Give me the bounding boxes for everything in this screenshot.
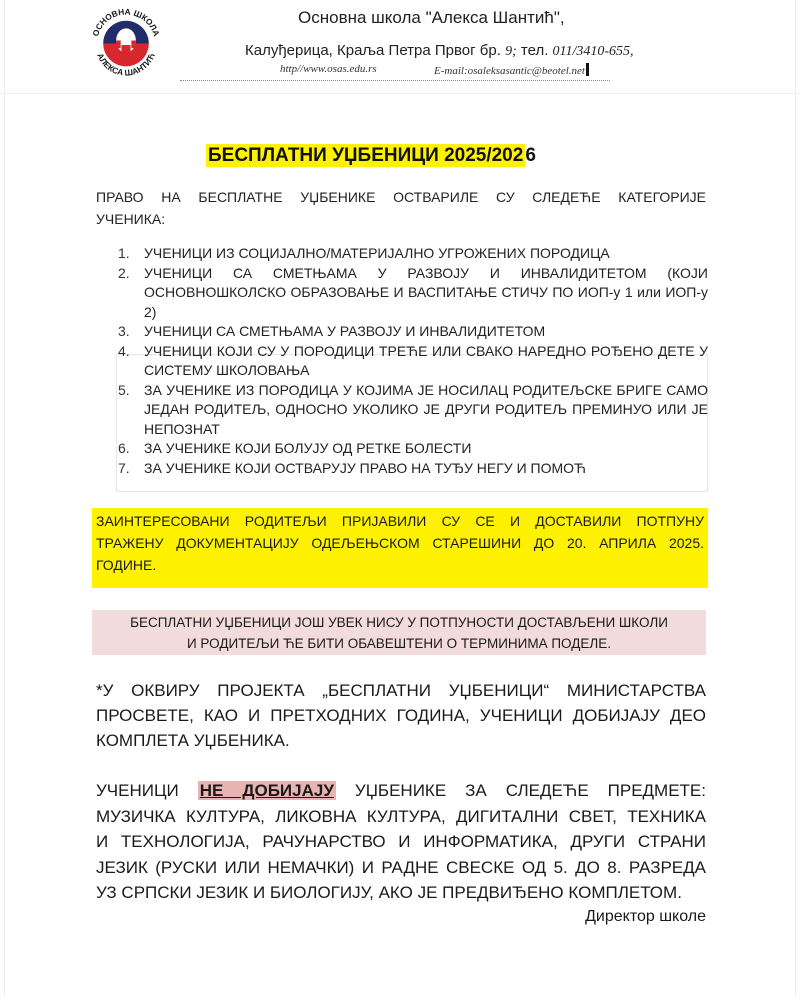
item-text: УЧЕНИЦИ ИЗ СОЦИЈАЛНО/МАТЕРИЈАЛНО УГРОЖЕН… [144, 244, 708, 264]
title-tail: 6 [525, 145, 536, 166]
website-link[interactable]: http//www.osas.edu.rs [280, 63, 377, 75]
text-cursor [586, 63, 589, 76]
list-item: 1.УЧЕНИЦИ ИЗ СОЦИЈАЛНО/МАТЕРИЈАЛНО УГРОЖ… [118, 244, 708, 264]
item-number: 2. [118, 264, 144, 323]
emphasis-not-receive: НЕ ДОБИЈАЈУ [198, 781, 336, 800]
header-divider [180, 80, 610, 81]
notice-line: ЗАИНТЕРЕСОВАНИ РОДИТЕЉИ ПРИЈАВИЛИ СУ СЕ … [96, 510, 704, 532]
notice-line: И РОДИТЕЉИ ЋЕ БИТИ ОБАВЕШТЕНИ О ТЕРМИНИМ… [98, 633, 700, 654]
item-text: УЧЕНИЦИ СА СМЕТЊАМА У РАЗВОЈУ И ИНВАЛИДИ… [144, 264, 708, 323]
notice-line: ТРАЖЕНУ ДОКУМЕНТАЦИЈУ ОДЕЉЕЊСКОМ СТАРЕШИ… [96, 532, 704, 554]
phone-label: тел. [521, 42, 548, 59]
signature: Директор школе [585, 908, 706, 926]
paragraph-line: И ТЕХНОЛОГИЈА, РАЧУНАРСТВО И ИНФОРМАТИКА… [96, 829, 706, 855]
list-item: 7.ЗА УЧЕНИКЕ КОЈИ ОСТВАРУЈУ ПРАВО НА ТУЂ… [118, 459, 708, 479]
school-address: Калуђерица, Краља Петра Првог бр. 9; тел… [245, 42, 634, 60]
item-text: УЧЕНИЦИ СА СМЕТЊАМА У РАЗВОЈУ И ИНВАЛИДИ… [144, 322, 708, 342]
item-text: ЗА УЧЕНИКЕ КОЈИ БОЛУЈУ ОД РЕТКЕ БОЛЕСТИ [144, 439, 708, 459]
list-item: 5.ЗА УЧЕНИКЕ ИЗ ПОРОДИЦА У КОЈИМА ЈЕ НОС… [118, 381, 708, 440]
list-item: 3.УЧЕНИЦИ СА СМЕТЊАМА У РАЗВОЈУ И ИНВАЛИ… [118, 322, 708, 342]
item-number: 7. [118, 459, 144, 479]
item-number: 3. [118, 322, 144, 342]
item-number: 4. [118, 342, 144, 381]
paragraph-line: УЧЕНИЦИ НЕ ДОБИЈАЈУ УЏБЕНИКЕ ЗА СЛЕДЕЋЕ … [96, 778, 706, 804]
delivery-status-notice: БЕСПЛАТНИ УЏБЕНИЦИ ЈОШ УВЕК НИСУ У ПОТПУ… [92, 610, 706, 655]
item-text: ЗА УЧЕНИКЕ КОЈИ ОСТВАРУЈУ ПРАВО НА ТУЂУ … [144, 459, 708, 479]
paragraph-line: УЗ СРПСКИ ЈЕЗИК И БИОЛОГИЈУ, АКО ЈЕ ПРЕД… [96, 880, 706, 906]
item-text: УЧЕНИЦИ КОЈИ СУ У ПОРОДИЦИ ТРЕЋЕ ИЛИ СВА… [144, 342, 708, 381]
item-number: 6. [118, 439, 144, 459]
intro-paragraph: ПРАВО НА БЕСПЛАТНЕ УЏБЕНИКЕ ОСТВАРИЛЕ СУ… [96, 186, 706, 230]
letterhead: ОСНОВНА ШКОЛА АЛЕКСА ШАНТИЋ Основна школ… [0, 0, 800, 94]
document-title: БЕСПЛАТНИ УЏБЕНИЦИ 2025/2026 [206, 145, 536, 167]
intro-line: УЧЕНИКА: [96, 208, 706, 230]
email-text[interactable]: E-mail:osaleksasantic@beotel.net [434, 65, 585, 77]
school-logo-icon: ОСНОВНА ШКОЛА АЛЕКСА ШАНТИЋ [88, 4, 164, 80]
lead-word: УЧЕНИЦИ [96, 781, 179, 800]
paragraph-line: МУЗИЧКА КУЛТУРА, ЛИКОВНА КУЛТУРА, ДИГИТА… [96, 804, 706, 830]
notice-line: БЕСПЛАТНИ УЏБЕНИЦИ ЈОШ УВЕК НИСУ У ПОТПУ… [98, 612, 700, 633]
address-number: 9; [505, 44, 517, 59]
paragraph-line: ПРОСВЕТЕ, КАО И ПРЕТХОДНИХ ГОДИНА, УЧЕНИ… [96, 703, 706, 728]
email-address[interactable]: E-mail:osaleksasantic@beotel.net [434, 63, 589, 77]
notice-line: ГОДИНЕ. [96, 554, 704, 576]
lead-rest: УЏБЕНИКЕ ЗА СЛЕДЕЋЕ ПРЕДМЕТЕ: [355, 781, 706, 800]
title-highlighted: БЕСПЛАТНИ УЏБЕНИЦИ 2025/202 [206, 144, 525, 167]
item-number: 5. [118, 381, 144, 440]
address-street: Калуђерица, Краља Петра Првог бр. [245, 42, 501, 59]
list-item: 2.УЧЕНИЦИ СА СМЕТЊАМА У РАЗВОЈУ И ИНВАЛИ… [118, 264, 708, 323]
excluded-subjects-paragraph: УЧЕНИЦИ НЕ ДОБИЈАЈУ УЏБЕНИКЕ ЗА СЛЕДЕЋЕ … [96, 778, 706, 906]
list-item: 6.ЗА УЧЕНИКЕ КОЈИ БОЛУЈУ ОД РЕТКЕ БОЛЕСТ… [118, 439, 708, 459]
categories-list: 1.УЧЕНИЦИ ИЗ СОЦИЈАЛНО/МАТЕРИЈАЛНО УГРОЖ… [118, 244, 708, 478]
item-number: 1. [118, 244, 144, 264]
paragraph-line: ЈЕЗИК (РУСКИ ИЛИ НЕМАЧКИ) И РАДНЕ СВЕСКЕ… [96, 855, 706, 881]
project-paragraph: *У ОКВИРУ ПРОЈЕКТА „БЕСПЛАТНИ УЏБЕНИЦИ“ … [96, 678, 706, 753]
application-deadline-notice: ЗАИНТЕРЕСОВАНИ РОДИТЕЉИ ПРИЈАВИЛИ СУ СЕ … [92, 508, 708, 588]
school-name: Основна школа "Алекса Шантић", [298, 8, 565, 28]
phone-number: 011/3410-655, [553, 44, 634, 59]
paragraph-line: КОМПЛЕТА УЏБЕНИКА. [96, 728, 706, 753]
item-text: ЗА УЧЕНИКЕ ИЗ ПОРОДИЦА У КОЈИМА ЈЕ НОСИЛ… [144, 381, 708, 440]
list-item: 4.УЧЕНИЦИ КОЈИ СУ У ПОРОДИЦИ ТРЕЋЕ ИЛИ С… [118, 342, 708, 381]
paragraph-line: *У ОКВИРУ ПРОЈЕКТА „БЕСПЛАТНИ УЏБЕНИЦИ“ … [96, 678, 706, 703]
intro-line: ПРАВО НА БЕСПЛАТНЕ УЏБЕНИКЕ ОСТВАРИЛЕ СУ… [96, 186, 706, 208]
